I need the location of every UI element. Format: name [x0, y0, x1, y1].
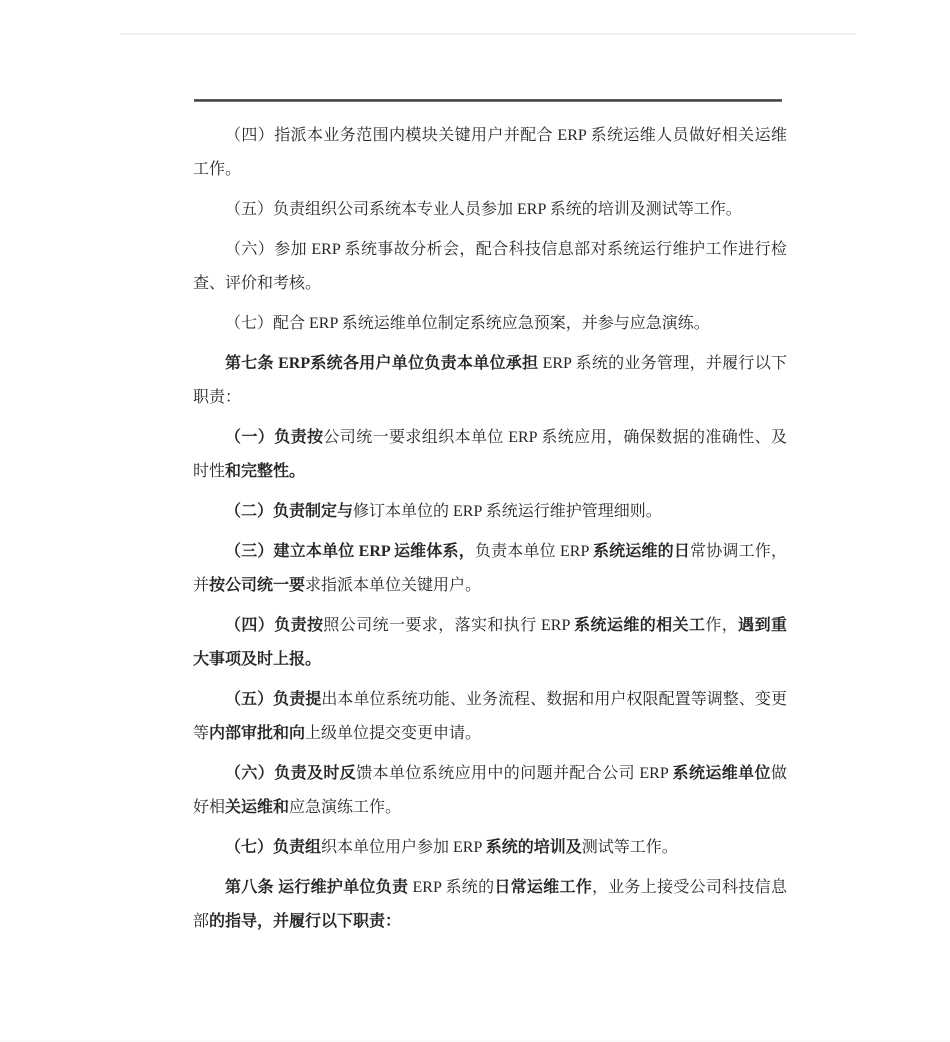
bold-text-run: （一）负责按 — [225, 429, 323, 446]
paragraph: （四）指派本业务范围内模块关键用户并配合 ERP 系统运维人员做好相关运维工作。 — [193, 119, 787, 187]
bold-text-run: （六）负责及时反 — [225, 765, 356, 782]
bold-text-run: （四）负责按 — [225, 617, 323, 634]
paragraph: （五）负责提出本单位系统功能、业务流程、数据和用户权限配置等调整、变更等内部审批… — [193, 683, 787, 751]
bold-text-run: 系统运维的日 — [593, 543, 690, 560]
text-run: 修订本单位的 ERP 系统运行维护管理细则。 — [353, 503, 662, 520]
text-run: （七）配合 ERP 系统运维单位制定系统应急预案，并参与应急演练。 — [225, 315, 710, 332]
paragraph: 第八条 运行维护单位负责 ERP 系统的日常运维工作，业务上接受公司科技信息部的… — [193, 871, 787, 939]
bold-text-run: 系统运维单位 — [673, 765, 771, 782]
text-run: 上级单位提交变更申请。 — [305, 725, 481, 742]
bold-text-run: 内部审批和向 — [209, 725, 305, 742]
text-run: 织本单位用户参加 ERP — [321, 839, 486, 856]
header-divider-line — [120, 33, 856, 35]
text-run: ERP 系统的 — [408, 879, 494, 896]
paragraph: （二）负责制定与修订本单位的 ERP 系统运行维护管理细则。 — [193, 495, 787, 529]
bold-text-run: 系统运维的相关工 — [574, 617, 705, 634]
text-run: 应急演练工作。 — [289, 799, 401, 816]
paragraph: （七）负责组织本单位用户参加 ERP 系统的培训及测试等工作。 — [193, 831, 787, 865]
bold-text-run: 和完整性。 — [225, 463, 305, 480]
paragraph: （七）配合 ERP 系统运维单位制定系统应急预案，并参与应急演练。 — [193, 307, 787, 341]
bold-text-run: （五）负责提 — [225, 691, 321, 708]
document-body: （四）指派本业务范围内模块关键用户并配合 ERP 系统运维人员做好相关运维工作。… — [193, 119, 787, 945]
paragraph: （一）负责按公司统一要求组织本单位 ERP 系统应用，确保数据的准确性、及时性和… — [193, 421, 787, 489]
bold-text-run: 第八条 运行维护单位负责 — [225, 879, 408, 896]
bold-text-run: 按公司统一要 — [209, 577, 305, 594]
text-run: 求指派本单位关键用户。 — [305, 577, 481, 594]
paragraph: （六）参加 ERP 系统事故分析会，配合科技信息部对系统运行维护工作进行检查、评… — [193, 233, 787, 301]
text-run: 馈本单位系统应用中的问题并配合公司 ERP — [356, 765, 672, 782]
bold-text-run: （七）负责组 — [225, 839, 321, 856]
text-run: （六）参加 ERP 系统事故分析会，配合科技信息部对系统运行维护工作进行检查、评… — [193, 241, 787, 292]
document-page: （四）指派本业务范围内模块关键用户并配合 ERP 系统运维人员做好相关运维工作。… — [0, 0, 950, 1042]
bold-text-run: 关运维和 — [225, 799, 289, 816]
document-horizontal-rule — [194, 99, 782, 102]
paragraph: （三）建立本单位 ERP 运维体系，负责本单位 ERP 系统运维的日常协调工作，… — [193, 535, 787, 603]
bold-text-run: 的指导，并履行以下职责： — [209, 913, 401, 930]
text-run: 照公司统一要求，落实和执行 ERP — [323, 617, 574, 634]
bold-text-run: （三）建立本单位 ERP 运维体系， — [225, 543, 475, 560]
bold-text-run: 系统的培训及 — [486, 839, 582, 856]
paragraph: 第七条 ERP系统各用户单位负责本单位承担 ERP 系统的业务管理，并履行以下职… — [193, 347, 787, 415]
text-run: 测试等工作。 — [582, 839, 678, 856]
bold-text-run: 第七条 ERP系统各用户单位负责本单位承担 — [225, 355, 538, 372]
bold-text-run: 日常运维工作 — [494, 879, 592, 896]
paragraph: （六）负责及时反馈本单位系统应用中的问题并配合公司 ERP 系统运维单位做好相关… — [193, 757, 787, 825]
paragraph: （五）负责组织公司系统本专业人员参加 ERP 系统的培训及测试等工作。 — [193, 193, 787, 227]
bold-text-run: （二）负责制定与 — [225, 503, 353, 520]
text-run: 负责本单位 ERP — [475, 543, 593, 560]
text-run: （五）负责组织公司系统本专业人员参加 ERP 系统的培训及测试等工作。 — [225, 201, 742, 218]
text-run: 作， — [705, 617, 738, 634]
paragraph: （四）负责按照公司统一要求，落实和执行 ERP 系统运维的相关工作，遇到重大事项… — [193, 609, 787, 677]
text-run: （四）指派本业务范围内模块关键用户并配合 ERP 系统运维人员做好相关运维工作。 — [193, 127, 787, 178]
